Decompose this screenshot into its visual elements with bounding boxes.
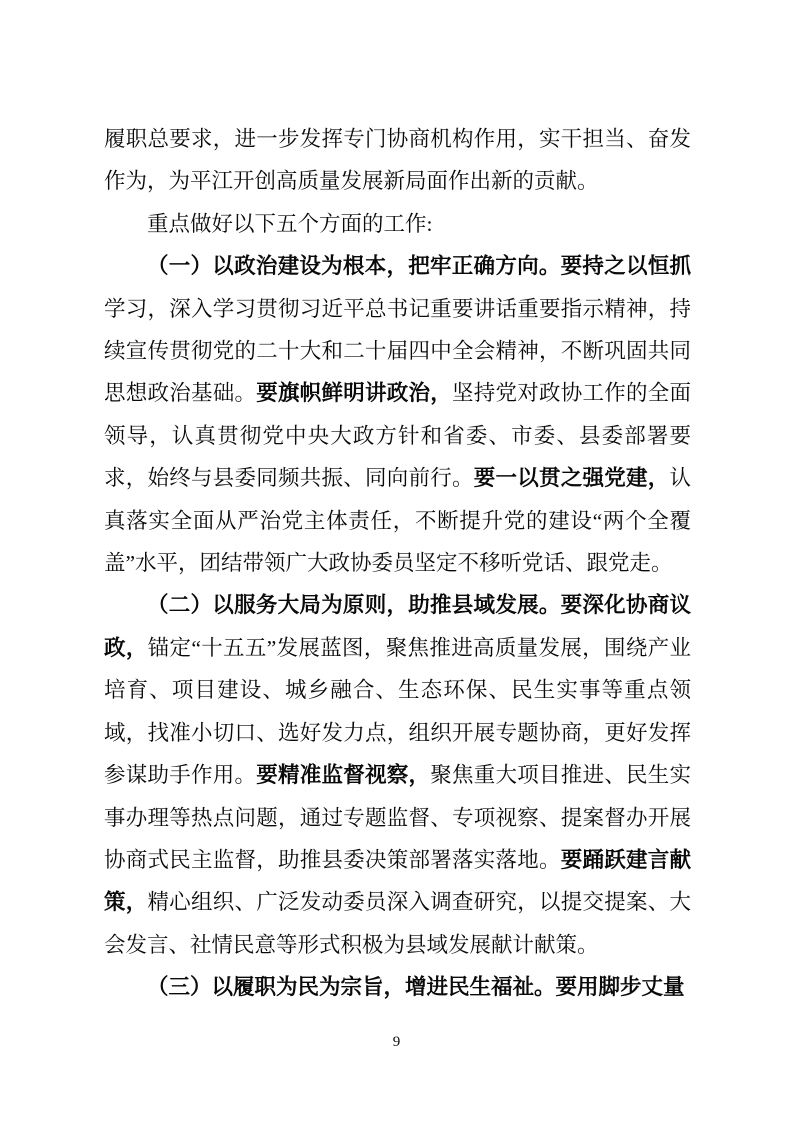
text-run-bold: 要旗帜鲜明讲政治，	[256, 381, 452, 405]
document-body: 履职总要求，进一步发挥专门协商机构作用，实干担当、奋发作为，为平江开创高质量发展…	[104, 118, 691, 1009]
paragraph: （三）以履职为民为宗旨，增进民生福祉。要用脚步丈量	[104, 966, 691, 1008]
page-footer: 9	[0, 1032, 793, 1052]
document-page: 履职总要求，进一步发挥专门协商机构作用，实干担当、奋发作为，为平江开创高质量发展…	[0, 0, 793, 1122]
text-run-bold: （一）以政治建设为根本，把牢正确方向。要持之以恒抓	[147, 254, 691, 278]
paragraph: （二）以服务大局为原则，助推县域发展。要深化协商议政，锚定“十五五”发展蓝图，聚…	[104, 584, 691, 966]
text-run: 精心组织、广泛发动委员深入调查研究，以提交提案、大会发言、社情民意等形式积极为县…	[104, 890, 691, 956]
text-run: 履职总要求，进一步发挥专门协商机构作用，实干担当、奋发作为，为平江开创高质量发展…	[104, 127, 691, 193]
page-number: 9	[393, 1034, 401, 1050]
text-run-bold: 要精准监督视察，	[256, 763, 430, 787]
text-run-bold: （三）以履职为民为宗旨，增进民生福祉。要用脚步丈量	[147, 975, 685, 999]
paragraph: 履职总要求，进一步发挥专门协商机构作用，实干担当、奋发作为，为平江开创高质量发展…	[104, 118, 691, 203]
text-run: 重点做好以下五个方面的工作:	[147, 212, 432, 236]
paragraph: （一）以政治建设为根本，把牢正确方向。要持之以恒抓学习，深入学习贯彻习近平总书记…	[104, 245, 691, 584]
text-run-bold: 要一以贯之强党建，	[474, 466, 670, 490]
paragraph: 重点做好以下五个方面的工作:	[104, 203, 691, 245]
